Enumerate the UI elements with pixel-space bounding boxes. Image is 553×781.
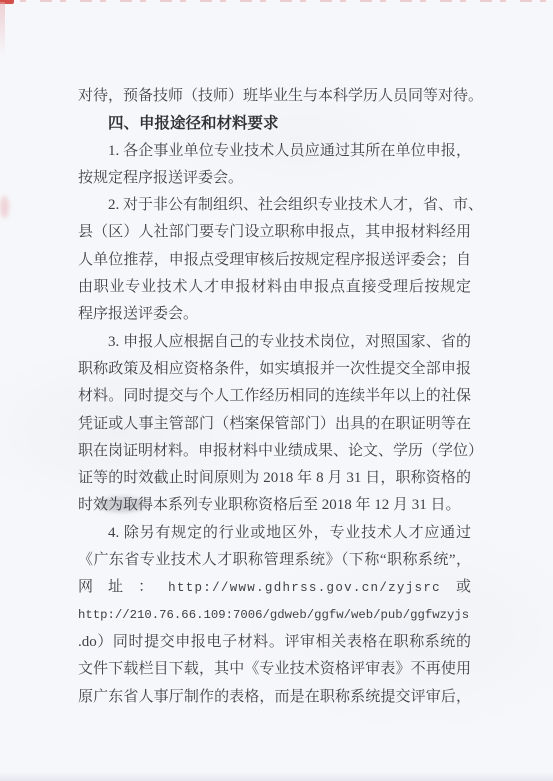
text-line: 材料。同时提交与个人工作经历相同的连续半年以上的社保 <box>78 383 471 410</box>
text-line: 职称政策及相应资格条件，如实填报并一次性提交全部申报 <box>78 356 471 383</box>
text-line: 3. 申报人应根据自己的专业技术岗位，对照国家、省的 <box>78 329 471 356</box>
text-line: 职在岗证明材料。申报材料中业绩成果、论文、学历（学位） <box>78 438 471 465</box>
scanned-document-page: 对待，预备技师（技师）班毕业生与本科学历人员同等对待。四、申报途径和材料要求1.… <box>0 0 553 781</box>
text-line: 对待，预备技师（技师）班毕业生与本科学历人员同等对待。 <box>78 83 471 110</box>
text-line: 《广东省专业技术人才职称管理系统》（下称“职称系统”， <box>78 547 471 574</box>
text-line: 凭证或人事主管部门（档案保管部门）出具的在职证明等在 <box>78 411 471 438</box>
text-line: 程序报送评委会。 <box>78 301 471 328</box>
text-line: .do）同时提交申报电子材料。评审相关表格在职称系统的 <box>78 629 471 656</box>
scan-artifact-left-pink-streak <box>0 2 5 56</box>
text-line: 由职业专业技术人才申报材料由申报点直接受理后按规定 <box>78 274 471 301</box>
text-line: 1. 各企事业单位专业技术人员应通过其所在单位申报， <box>78 138 471 165</box>
text-segment: 网 <box>78 574 93 601</box>
section-heading: 四、申报途径和材料要求 <box>78 110 471 137</box>
document-text: 对待，预备技师（技师）班毕业生与本科学历人员同等对待。四、申报途径和材料要求1.… <box>78 83 471 711</box>
text-segment: ： <box>138 574 153 601</box>
url-text-line: http://210.76.66.109:7006/gdweb/ggfw/web… <box>78 602 471 629</box>
text-line: 证等的时效截止时间原则为 2018 年 8 月 31 日，职称资格的 <box>78 465 471 492</box>
scan-artifact-top-dashed-line <box>0 0 553 2</box>
text-line: 文件下载栏目下载，其中《专业技术资格评审表》不再使用 <box>78 656 471 683</box>
text-line: 县（区）人社部门要专门设立职称申报点，其申报材料经用 <box>78 219 471 246</box>
text-line: 原广东省人事厅制作的表格，而是在职称系统提交评审后， <box>78 684 471 711</box>
scan-artifact-left-pink-smudge <box>0 196 9 218</box>
text-line: 时效为取得本系列专业职称资格后至 2018 年 12 月 31 日。 <box>78 492 471 519</box>
url-text: http://www.gdhrss.gov.cn/zyjsrc <box>168 575 441 602</box>
text-segment: 址 <box>108 574 123 601</box>
scan-artifact-bottom-shade <box>0 772 553 781</box>
text-line: 4. 除另有规定的行业或地区外，专业技术人才应通过 <box>78 520 471 547</box>
text-line: 2. 对于非公有制组织、社会组织专业技术人才，省、市、 <box>78 192 471 219</box>
text-line: 网址：http://www.gdhrss.gov.cn/zyjsrc或 <box>78 574 471 601</box>
text-line: 按规定程序报送评委会。 <box>78 165 471 192</box>
text-line: 人单位推荐，申报点受理审核后按规定程序报送评委会；自 <box>78 247 471 274</box>
text-segment: 或 <box>456 574 471 601</box>
